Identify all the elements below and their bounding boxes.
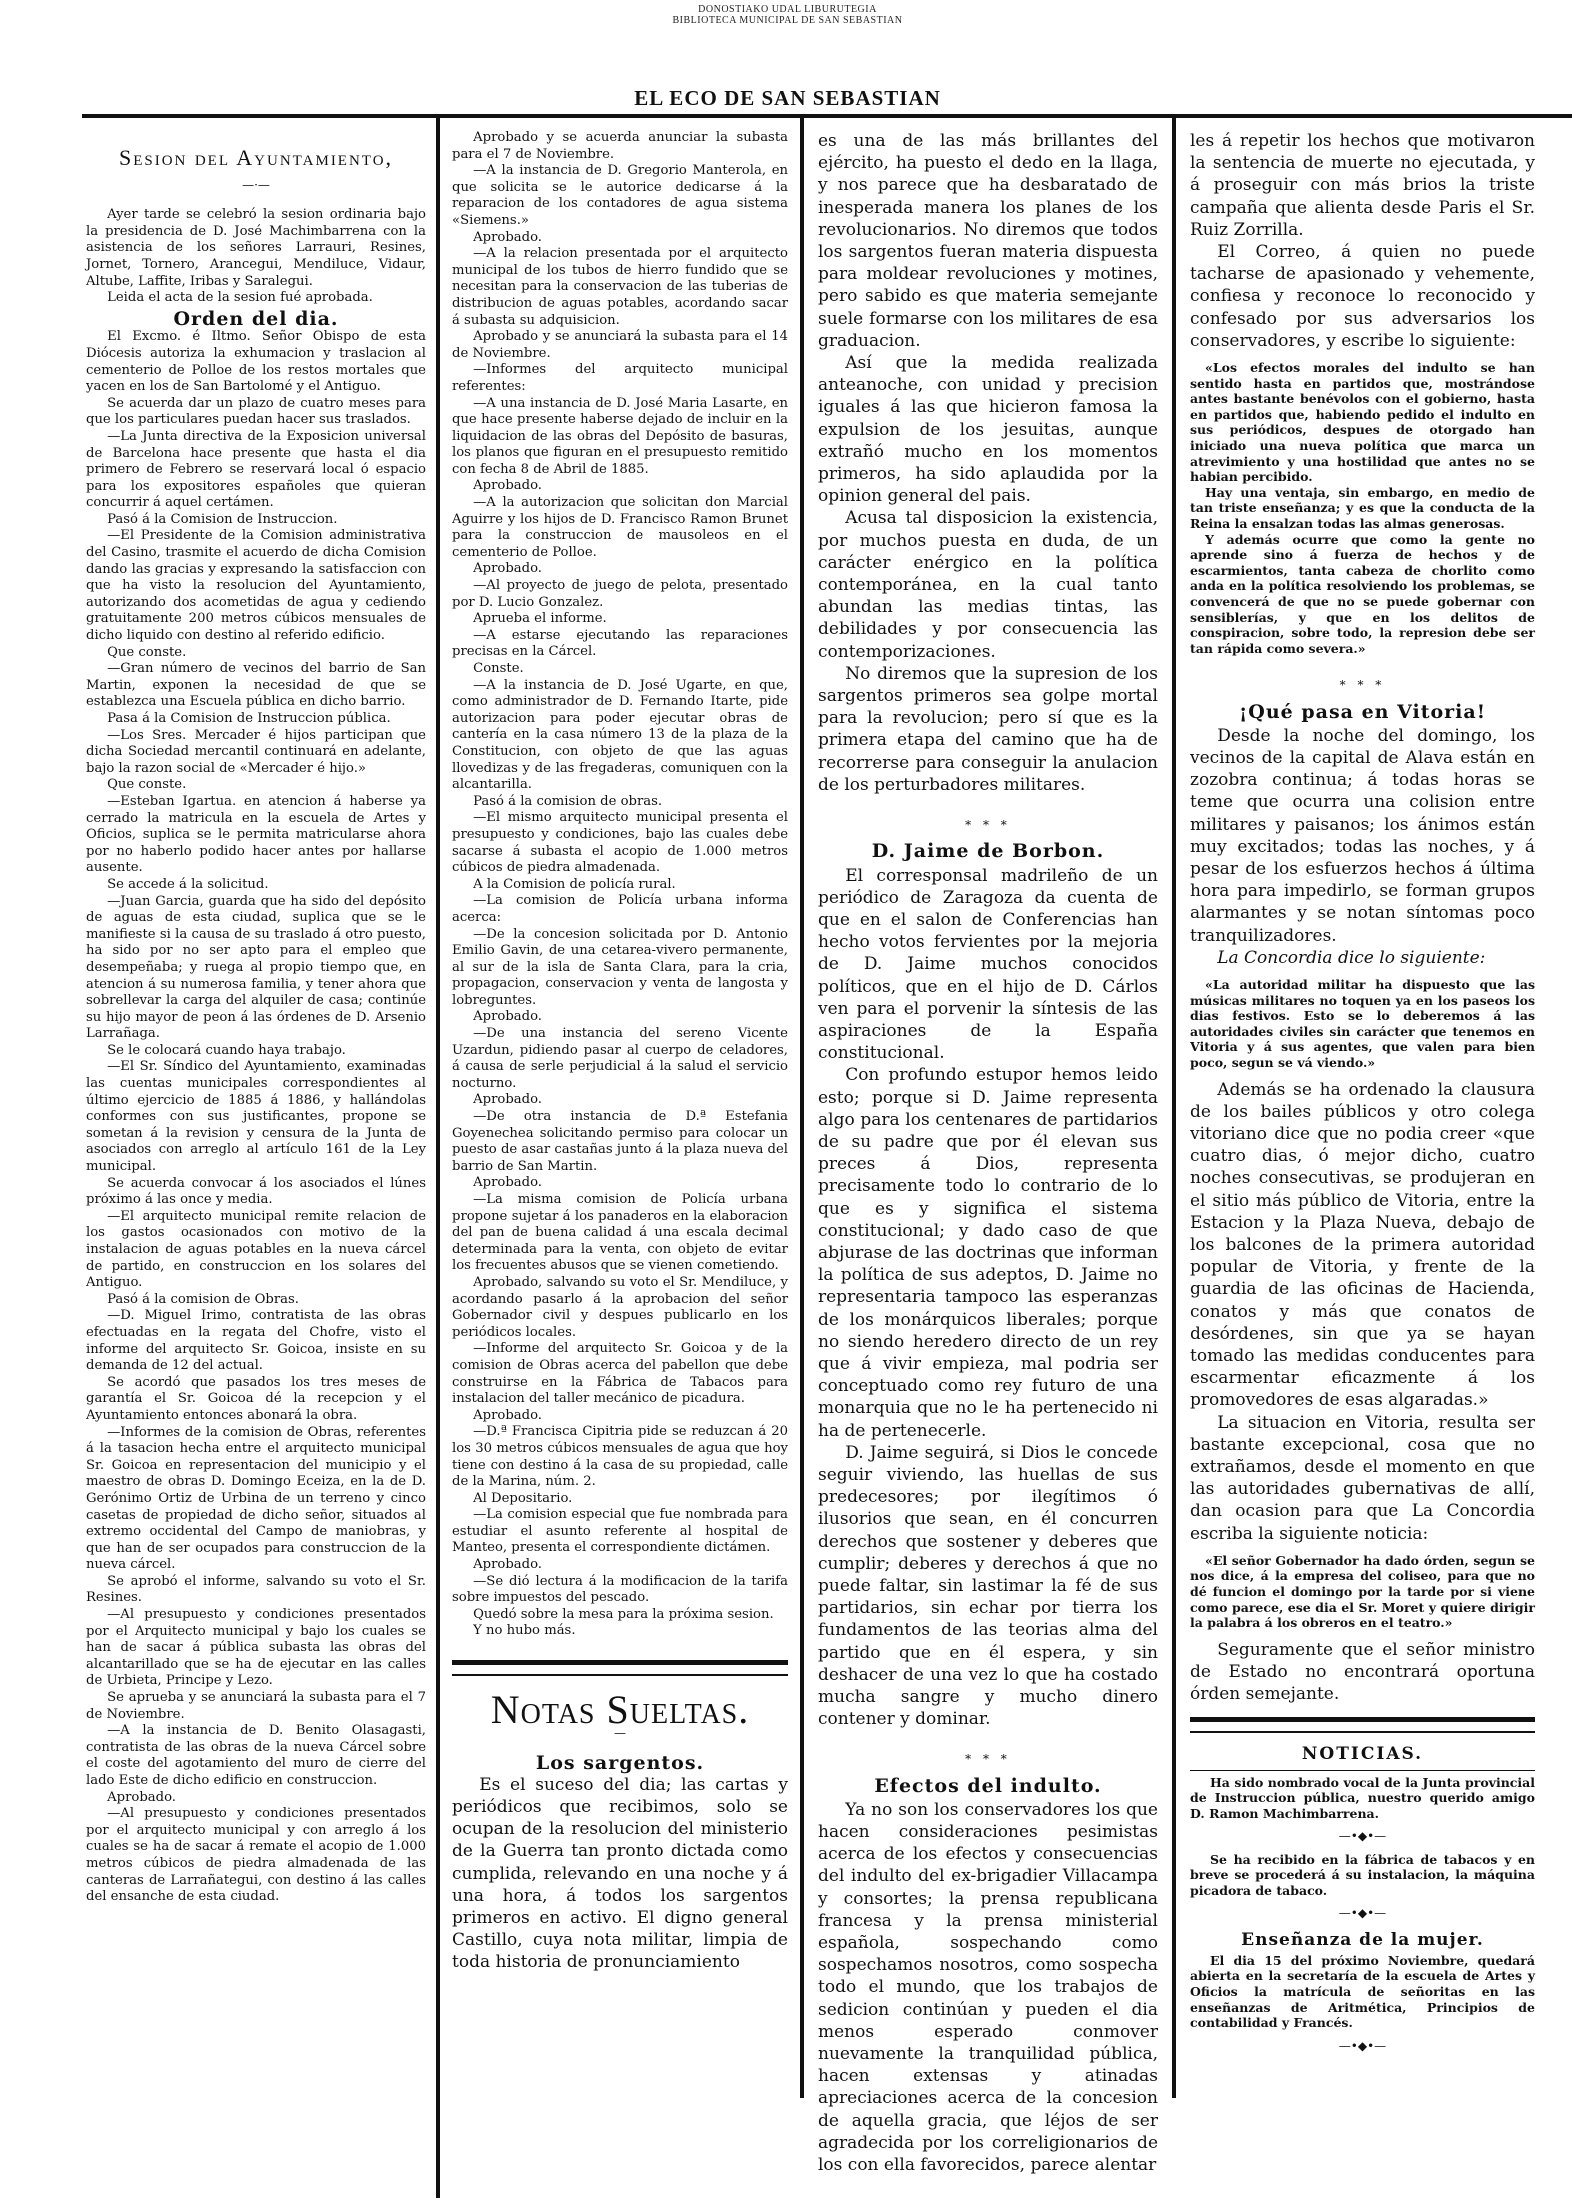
column-divider-1 xyxy=(436,118,440,2198)
sesion-paragraph: Quedó sobre la mesa para la próxima sesi… xyxy=(452,1607,788,1624)
sesion-paragraph: —A estarse ejecutando las reparaciones p… xyxy=(452,628,788,661)
sesion-paragraph: —A la autorizacion que solicitan don Mar… xyxy=(452,495,788,561)
sesion-paragraph: Al Depositario. xyxy=(452,1491,788,1508)
newspaper-masthead: EL ECO DE SAN SEBASTIAN xyxy=(0,86,1575,111)
sesion-paragraph: —El Sr. Síndico del Ayuntamiento, examin… xyxy=(86,1059,426,1175)
sesion-paragraph: —Informe del arquitecto Sr. Goicoa y de … xyxy=(452,1341,788,1407)
noticia-text: Se ha recibido en la fábrica de tabacos … xyxy=(1190,1852,1535,1899)
sesion-paragraph: —De una instancia del sereno Vicente Uza… xyxy=(452,1026,788,1092)
sesion-paragraph: —De la concesion solicitada por D. Anton… xyxy=(452,927,788,1010)
sesion-intro: Ayer tarde se celebró la sesion ordinari… xyxy=(86,207,426,290)
sesion-paragraph: —A la relacion presentada por el arquite… xyxy=(452,246,788,329)
stars-ornament: * * * xyxy=(1190,674,1535,696)
sesion-paragraph: —D.ª Francisca Cipitria pide se reduzcan… xyxy=(452,1424,788,1490)
sargentos-paragraph: Es el suceso del dia; las cartas y perió… xyxy=(452,1774,788,1974)
section-rule xyxy=(1190,1717,1535,1733)
sesion-paragraph: Aprobado. xyxy=(452,1009,788,1026)
vitoria-closing: Seguramente que el señor ministro de Est… xyxy=(1190,1639,1535,1706)
sesion-paragraph: —A una instancia de D. José Maria Lasart… xyxy=(452,396,788,479)
orden-del-dia-heading: Orden del dia. xyxy=(86,311,426,328)
library-stamp-line2: BIBLIOTECA MUNICIPAL DE SAN SEBASTIAN xyxy=(0,15,1575,26)
column-divider-2 xyxy=(800,118,804,2098)
sesion-paragraph: Aprobado. xyxy=(452,478,788,495)
sesion-paragraph: Aprobado, salvando su voto el Sr. Mendil… xyxy=(452,1275,788,1341)
sesion-paragraph: Se aprobó el informe, salvando su voto e… xyxy=(86,1574,426,1607)
sesion-paragraph: Se acordó que pasados los tres meses de … xyxy=(86,1375,426,1425)
el-correo-quote: «Los efectos morales del indulto se han … xyxy=(1190,360,1535,656)
sesion-paragraph: —D. Miguel Irimo, contratista de las obr… xyxy=(86,1308,426,1374)
sesion-paragraph: Aprobado. xyxy=(452,230,788,247)
quote-paragraph: «El señor Gobernador ha dado órden, segu… xyxy=(1190,1553,1535,1631)
sesion-paragraph: Aprobado. xyxy=(452,1092,788,1109)
library-stamp: DONOSTIAKO UDAL LIBURUTEGIA BIBLIOTECA M… xyxy=(0,4,1575,26)
ornament-divider: —•◆•— xyxy=(1190,1825,1535,1847)
sesion-paragraph: A la Comision de policía rural. xyxy=(452,877,788,894)
sesion-paragraph: Aprobado. xyxy=(86,1790,426,1807)
sesion-paragraph: —A la instancia de D. Gregorio Manterola… xyxy=(452,163,788,229)
jaime-paragraph: D. Jaime seguirá, si Dios le concede seg… xyxy=(818,1442,1158,1731)
heading-efectos-del-indulto: Efectos del indulto. xyxy=(818,1775,1158,1797)
sesion-paragraph: Que conste. xyxy=(86,777,426,794)
heading-jaime-de-borbon: D. Jaime de Borbon. xyxy=(818,840,1158,862)
la-concordia-quote-2: «El señor Gobernador ha dado órden, segu… xyxy=(1190,1553,1535,1631)
sesion-paragraph: —La comision de Policía urbana informa a… xyxy=(452,893,788,926)
sargentos-paragraph: No diremos que la supresion de los sarge… xyxy=(818,663,1158,796)
sesion-paragraph: Aprobado. xyxy=(452,1557,788,1574)
sesion-paragraph: —La misma comision de Policía urbana pro… xyxy=(452,1192,788,1275)
sesion-paragraph: Aprobado. xyxy=(452,1408,788,1425)
sesion-paragraph: El Excmo. é Iltmo. Señor Obispo de esta … xyxy=(86,329,426,395)
quote-paragraph: Y además ocurre que como la gente no apr… xyxy=(1190,532,1535,657)
heading-que-pasa-en-vitoria: ¡Qué pasa en Vitoria! xyxy=(1190,701,1535,723)
sesion-paragraph: —Al presupuesto y condiciones presentado… xyxy=(86,1806,426,1906)
sargentos-paragraph: Acusa tal disposicion la existencia, por… xyxy=(818,507,1158,662)
indulto-paragraph: El Correo, á quien no puede tacharse de … xyxy=(1190,241,1535,352)
sesion-paragraph: —Juan Garcia, guarda que ha sido del dep… xyxy=(86,894,426,1043)
sargentos-paragraph: Así que la medida realizada anteanoche, … xyxy=(818,352,1158,507)
sesion-paragraph: —El mismo arquitecto municipal presenta … xyxy=(452,810,788,876)
noticia-text: Ha sido nombrado vocal de la Junta provi… xyxy=(1190,1775,1535,1822)
sesion-paragraph: Se le colocará cuando haya trabajo. xyxy=(86,1043,426,1060)
column-divider-3 xyxy=(1172,118,1176,2098)
sesion-paragraph: Se aprueba y se anunciará la subasta par… xyxy=(86,1690,426,1723)
separator: —·— xyxy=(86,177,426,194)
sesion-paragraphs-continued: Aprobado y se acuerda anunciar la subast… xyxy=(452,130,788,1640)
column-1: Sesion del Ayuntamiento, —·— Ayer tarde … xyxy=(86,130,426,1906)
heading-los-sargentos: Los sargentos. xyxy=(452,1755,788,1772)
sesion-paragraph: —Al proyecto de juego de pelota, present… xyxy=(452,578,788,611)
jaime-paragraph: Con profundo estupor hemos leido esto; p… xyxy=(818,1064,1158,1441)
column-3: es una de las más brillantes del ejércit… xyxy=(818,130,1158,2176)
sesion-paragraph: —Los Sres. Mercader é hijos participan q… xyxy=(86,728,426,778)
sesion-paragraph: —Informes de la comision de Obras, refer… xyxy=(86,1425,426,1574)
sesion-paragraph: Pasó á la comision de obras. xyxy=(452,794,788,811)
sesion-paragraph: —La comision especial que fue nombrada p… xyxy=(452,1507,788,1557)
sesion-paragraph: Aprobado y se acuerda anunciar la subast… xyxy=(452,130,788,163)
heading-ensenanza-de-la-mujer: Enseñanza de la mujer. xyxy=(1190,1929,1535,1951)
sesion-paragraph: Se acuerda dar un plazo de cuatro meses … xyxy=(86,396,426,429)
sesion-paragraph: —De otra instancia de D.ª Estefania Goye… xyxy=(452,1109,788,1175)
sesion-paragraph: Aprueba el informe. xyxy=(452,611,788,628)
indulto-paragraph: Ya no son los conservadores los que hace… xyxy=(818,1799,1158,2176)
noticia-item: El dia 15 del próximo Noviembre, quedará… xyxy=(1190,1953,1535,2031)
sesion-paragraph: Se acuerda convocar á los asociados el l… xyxy=(86,1176,426,1209)
sesion-paragraph: —Informes del arquitecto municipal refer… xyxy=(452,362,788,395)
vitoria-paragraph: Además se ha ordenado la clausura de los… xyxy=(1190,1079,1535,1412)
sesion-paragraph: —A la instancia de D. Benito Olasagasti,… xyxy=(86,1723,426,1789)
jaime-paragraph: El corresponsal madrileño de un periódic… xyxy=(818,865,1158,1065)
library-stamp-line1: DONOSTIAKO UDAL LIBURUTEGIA xyxy=(0,4,1575,15)
sesion-paragraph: —La Junta directiva de la Exposicion uni… xyxy=(86,429,426,512)
sesion-paragraphs: El Excmo. é Iltmo. Señor Obispo de esta … xyxy=(86,329,426,1905)
sesion-paragraph: —Al presupuesto y condiciones presentado… xyxy=(86,1607,426,1690)
la-concordia-quote-1: «La autoridad militar ha dispuesto que l… xyxy=(1190,977,1535,1071)
sesion-paragraph: Pasó á la Comision de Instruccion. xyxy=(86,512,426,529)
sesion-paragraph: Que conste. xyxy=(86,645,426,662)
sesion-acta: Leida el acta de la sesion fué aprobada. xyxy=(86,290,426,307)
noticias-heading: NOTICIAS. xyxy=(1190,1743,1535,1770)
sesion-paragraph: Pasó á la comision de Obras. xyxy=(86,1292,426,1309)
sesion-paragraph: Se accede á la solicitud. xyxy=(86,877,426,894)
sesion-paragraph: Conste. xyxy=(452,661,788,678)
ornament-divider: —•◆•— xyxy=(1190,1902,1535,1924)
masthead-rule xyxy=(82,114,1572,118)
sargentos-paragraph: es una de las más brillantes del ejércit… xyxy=(818,130,1158,352)
noticia-item: Ha sido nombrado vocal de la Junta provi… xyxy=(1190,1775,1535,1822)
sesion-paragraph: Aprobado y se anunciará la subasta para … xyxy=(452,329,788,362)
sesion-paragraph: —El arquitecto municipal remite relacion… xyxy=(86,1209,426,1292)
vitoria-paragraph: Desde la noche del domingo, los vecinos … xyxy=(1190,725,1535,947)
noticia-item: Se ha recibido en la fábrica de tabacos … xyxy=(1190,1852,1535,1899)
ornament-divider: —•◆•— xyxy=(1190,2035,1535,2057)
section-title-sesion: Sesion del Ayuntamiento, xyxy=(86,150,426,167)
sesion-paragraph: —Gran número de vecinos del barrio de Sa… xyxy=(86,661,426,711)
quote-paragraph: «Los efectos morales del indulto se han … xyxy=(1190,360,1535,485)
stars-ornament: * * * xyxy=(818,1748,1158,1770)
noticia-text: El dia 15 del próximo Noviembre, quedará… xyxy=(1190,1953,1535,2031)
sesion-paragraph: Aprobado. xyxy=(452,1175,788,1192)
column-2: Aprobado y se acuerda anunciar la subast… xyxy=(452,130,788,1974)
sesion-paragraph: Aprobado. xyxy=(452,561,788,578)
sesion-paragraph: —Esteban Igartua. en atencion á haberse … xyxy=(86,794,426,877)
sesion-paragraph: —A la instancia de D. José Ugarte, en qu… xyxy=(452,678,788,794)
column-4: les á repetir los hechos que motivaron l… xyxy=(1190,130,1535,2061)
indulto-paragraph: les á repetir los hechos que motivaron l… xyxy=(1190,130,1535,241)
sesion-paragraph: —Se dió lectura á la modificacion de la … xyxy=(452,1574,788,1607)
vitoria-paragraph: La situacion en Vitoria, resulta ser bas… xyxy=(1190,1412,1535,1545)
section-rule xyxy=(452,1660,788,1676)
quote-paragraph: Hay una ventaja, sin embargo, en medio d… xyxy=(1190,485,1535,532)
stars-ornament: * * * xyxy=(818,814,1158,836)
sesion-paragraph: Pasa á la Comision de Instruccion públic… xyxy=(86,711,426,728)
sesion-paragraph: Y no hubo más. xyxy=(452,1623,788,1640)
quote-paragraph: «La autoridad militar ha dispuesto que l… xyxy=(1190,977,1535,1071)
sesion-paragraph: —El Presidente de la Comision administra… xyxy=(86,528,426,644)
vitoria-paragraph: La Concordia dice lo siguiente: xyxy=(1190,947,1535,969)
section-title-notas-sueltas: Notas Sueltas. xyxy=(452,1702,788,1719)
